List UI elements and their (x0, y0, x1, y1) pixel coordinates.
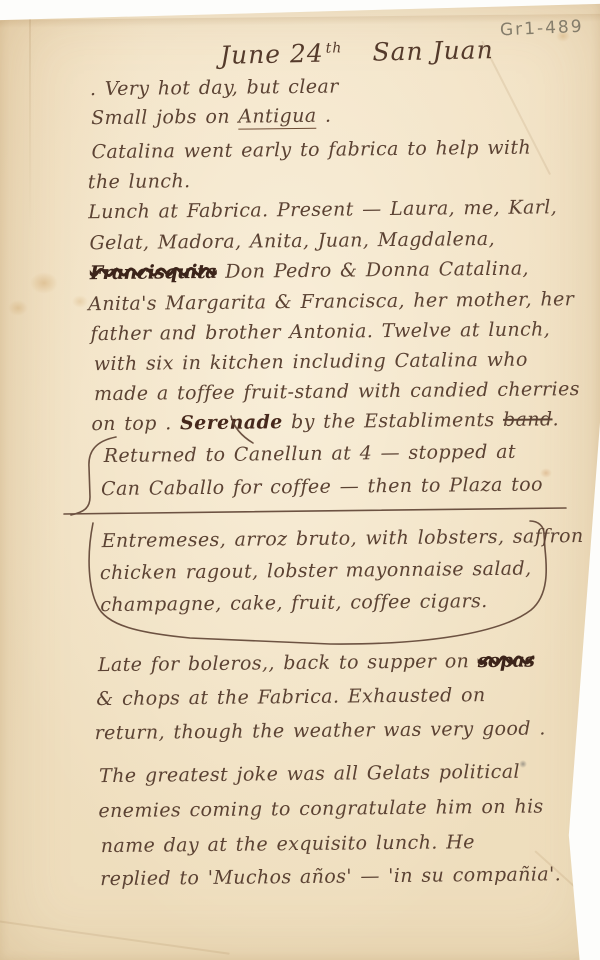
handwritten-text: replied to 'Muchos años' — 'in su compañ… (100, 863, 561, 890)
handwritten-text: name day at the exquisito lunch. He (101, 831, 475, 857)
diary-line: Can Caballo for coffee — then to Plaza t… (101, 473, 543, 500)
diary-line: Anita's Margarita & Francisca, her mothe… (88, 288, 574, 315)
handwritten-text: with six in kitchen including Catalina w… (94, 349, 528, 376)
handwritten-text: Late for boleros,, back to supper on (98, 650, 478, 676)
handwritten-text: Catalina went early to fabrica to help w… (91, 137, 531, 164)
handwritten-text: the lunch. (88, 170, 191, 193)
handwritten-text: . Very hot day, but clear (90, 76, 339, 101)
handwritten-text: The greatest joke was all Gelats politic… (99, 761, 520, 787)
handwritten-text: by the Establiments (283, 409, 504, 433)
diary-line: on top . Serenade by the Establiments ba… (91, 408, 559, 435)
handwritten-text: Lunch at Fabrica. Present — Laura, me, K… (88, 196, 557, 223)
handwritten-text: Small jobs on (91, 106, 238, 130)
handwritten-text: Gelat, Madora, Anita, Juan, Magdalena, (89, 228, 495, 254)
handwritten-text: Can Caballo for coffee — then to Plaza t… (101, 473, 543, 500)
diary-line: father and brother Antonia. Twelve at lu… (90, 318, 550, 345)
diary-line: chicken ragout, lobster mayonnaise salad… (100, 558, 532, 585)
handwritten-text: Serenade (180, 411, 283, 434)
diary-line: champagne, cake, fruit, coffee cigars. (100, 590, 488, 616)
diary-line: made a toffee fruit-stand with candied c… (94, 378, 580, 405)
struck-word: Francisquita (90, 261, 217, 284)
handwritten-text: chicken ragout, lobster mayonnaise salad… (100, 558, 532, 585)
diary-line: Late for boleros,, back to supper on sop… (98, 650, 535, 677)
paper-sheet: Gr1-489 June 24thSan Juan . Very hot day… (0, 0, 600, 960)
handwritten-text: Entremeses, arroz bruto, with lobsters, … (102, 525, 600, 553)
struck-word: band (503, 408, 553, 431)
handwritten-text: made a toffee fruit-stand with candied c… (94, 378, 580, 405)
diary-line: Small jobs on Antigua . (91, 105, 331, 130)
diary-line: . Very hot day, but clear (90, 76, 339, 101)
handwritten-text: Returned to Canellun at 4 — stopped at (104, 441, 516, 467)
diary-line: The greatest joke was all Gelats politic… (99, 761, 520, 787)
diary-line: enemies coming to congratulate him on hi… (98, 795, 543, 822)
diary-line: Returned to Canellun at 4 — stopped at (104, 441, 516, 467)
diary-line: & chops at the Fabrica. Exhausted on (96, 684, 485, 710)
handwritten-text: . (552, 408, 559, 430)
diary-line: replied to 'Muchos años' — 'in su compañ… (100, 863, 561, 890)
handwritten-text: father and brother Antonia. Twelve at lu… (90, 318, 550, 345)
handwritten-text: on top . (91, 412, 180, 435)
struck-word: sopas (478, 650, 535, 673)
handwritten-text: & chops at the Fabrica. Exhausted on (96, 684, 485, 710)
diary-line: Francisquita Don Pedro & Donna Catalina, (90, 258, 529, 285)
handwritten-body: . Very hot day, but clearSmall jobs on A… (0, 0, 600, 960)
diary-line: return, though the weather was very good… (95, 717, 546, 744)
handwritten-text: Anita's Margarita & Francisca, her mothe… (88, 288, 574, 315)
diary-line: name day at the exquisito lunch. He (101, 831, 475, 857)
diary-line: Gelat, Madora, Anita, Juan, Magdalena, (89, 228, 495, 254)
diary-line: with six in kitchen including Catalina w… (94, 349, 528, 376)
handwritten-text: return, though the weather was very good… (95, 717, 546, 744)
handwritten-text: Don Pedro & Donna Catalina, (217, 258, 529, 283)
diary-line: the lunch. (88, 170, 191, 193)
diary-line: Lunch at Fabrica. Present — Laura, me, K… (88, 196, 557, 223)
diary-line: Entremeses, arroz bruto, with lobsters, … (102, 525, 600, 553)
diary-line: Catalina went early to fabrica to help w… (91, 137, 531, 164)
handwritten-text: . (316, 105, 331, 127)
handwritten-text: champagne, cake, fruit, coffee cigars. (100, 590, 488, 616)
underlined-word: Antigua (238, 105, 316, 130)
handwritten-text: enemies coming to congratulate him on hi… (98, 795, 543, 822)
